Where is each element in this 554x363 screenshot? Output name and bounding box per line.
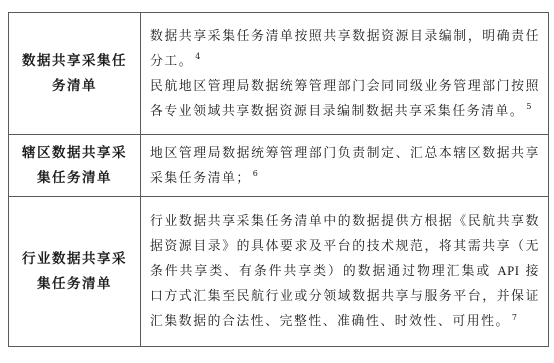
row-label-cell: 数据共享采集任 务清单 (9, 13, 141, 135)
row-content-cell: 数据共享采集任务清单按照共享数据资源目录编制，明确责任分工。4 民航地区管理局数… (141, 13, 549, 135)
row-label-line-1: 数据共享采集任 (15, 49, 134, 74)
api-term: API (497, 264, 519, 278)
footnote-marker[interactable]: 6 (253, 169, 258, 178)
content-paragraph: 数据共享采集任务清单按照共享数据资源目录编制，明确责任分工。4 (150, 24, 540, 74)
row-content-cell: 行业数据共享采集任务清单中的数据提供方根据《民航共享数据资源目录》的具体要求及平… (141, 197, 549, 347)
row-label-line-1: 行业数据共享采 (15, 247, 134, 272)
content-paragraph: 民航地区管理局数据统筹管理部门会同同级业务管理部门按照各专业领域共享数据资源目录… (150, 74, 540, 124)
row-content-cell: 地区管理局数据统筹管理部门负责制定、汇总本辖区数据共享采集任务清单；6 (141, 135, 549, 197)
paragraph-text: 民航地区管理局数据统筹管理部门会同同级业务管理部门按照各专业领域共享数据资源目录… (150, 79, 540, 119)
paragraph-text: 数据共享采集任务清单按照共享数据资源目录编制，明确责任分工。 (150, 29, 540, 69)
row-label-line-2: 集任务清单 (15, 166, 134, 191)
content-paragraph: 行业数据共享采集任务清单中的数据提供方根据《民航共享数据资源目录》的具体要求及平… (150, 209, 540, 334)
row-label-line-1: 辖区数据共享采 (15, 141, 134, 166)
table-row-data-sharing-task-list: 数据共享采集任 务清单 数据共享采集任务清单按照共享数据资源目录编制，明确责任分… (9, 13, 549, 135)
footnote-marker[interactable]: 7 (512, 313, 517, 322)
table-row-district-task-list: 辖区数据共享采 集任务清单 地区管理局数据统筹管理部门负责制定、汇总本辖区数据共… (9, 135, 549, 197)
task-list-table: 数据共享采集任 务清单 数据共享采集任务清单按照共享数据资源目录编制，明确责任分… (8, 12, 549, 347)
row-label-cell: 辖区数据共享采 集任务清单 (9, 135, 141, 197)
row-label-cell: 行业数据共享采 集任务清单 (9, 197, 141, 347)
paragraph-text: 行业数据共享采集任务清单中的数据提供方根据《民航共享数据资源目录》的具体要求及平… (150, 214, 540, 279)
row-label-line-2: 务清单 (15, 74, 134, 99)
row-label-line-2: 集任务清单 (15, 272, 134, 297)
paragraph-text: 地区管理局数据统筹管理部门负责制定、汇总本辖区数据共享采集任务清单； (150, 146, 540, 186)
footnote-marker[interactable]: 4 (195, 52, 200, 61)
table-row-industry-task-list: 行业数据共享采 集任务清单 行业数据共享采集任务清单中的数据提供方根据《民航共享… (9, 197, 549, 347)
footnote-marker[interactable]: 5 (526, 102, 531, 111)
content-paragraph: 地区管理局数据统筹管理部门负责制定、汇总本辖区数据共享采集任务清单；6 (150, 141, 540, 191)
